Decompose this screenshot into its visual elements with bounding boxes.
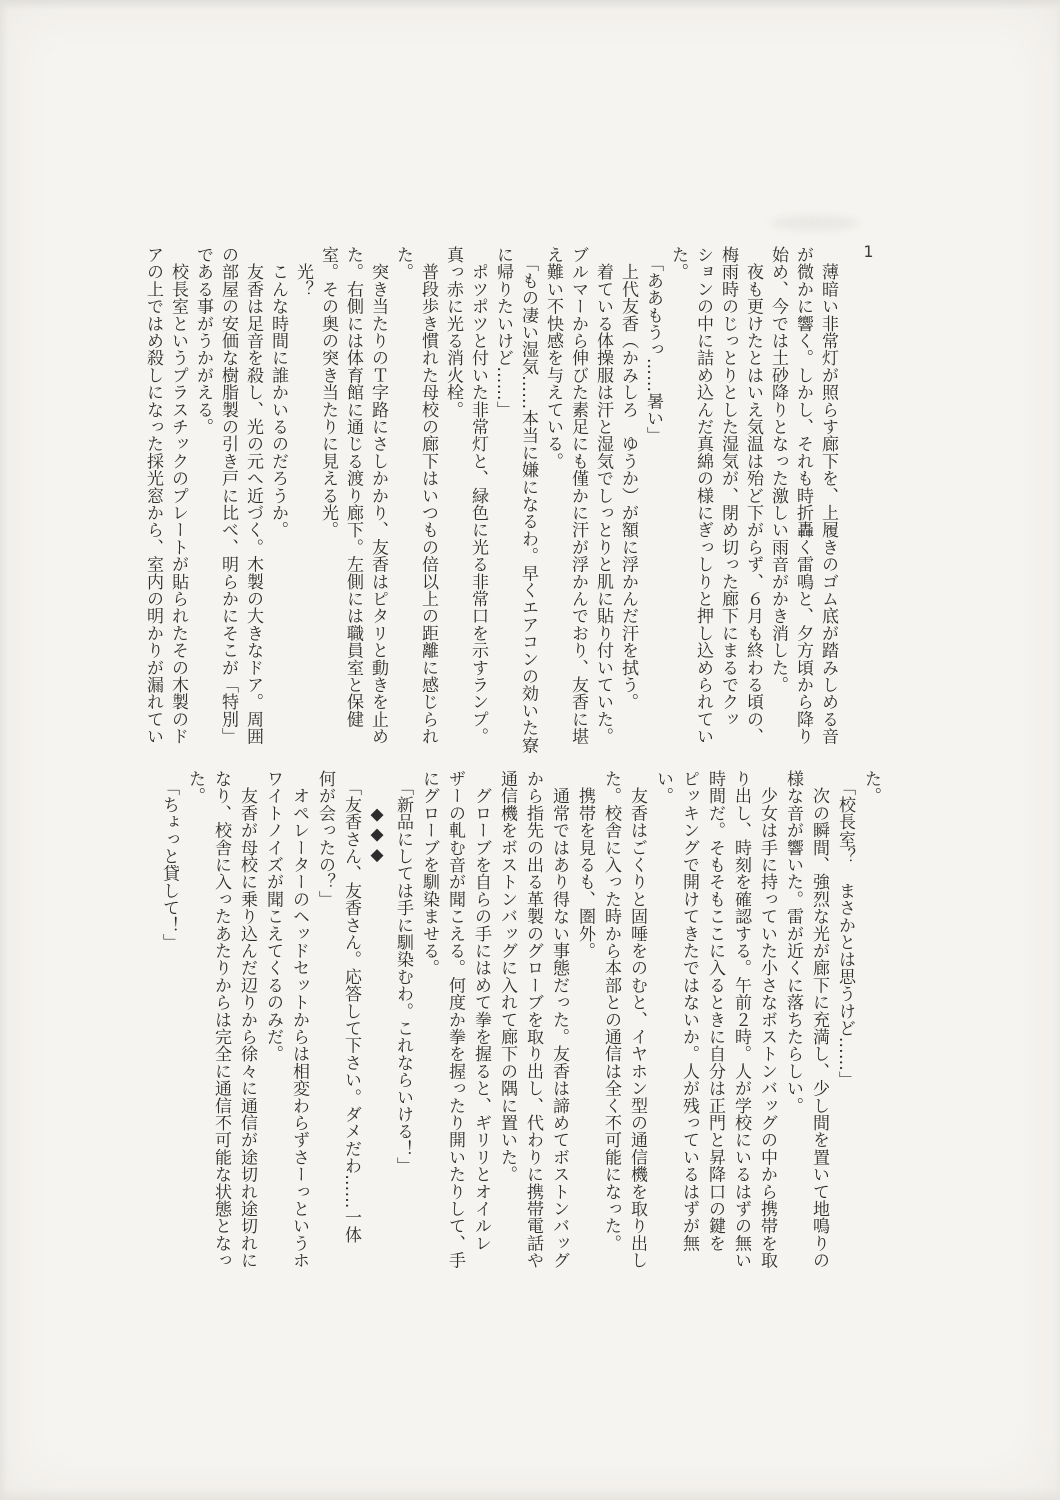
- text-line: オペレーターのヘッドセットからは相変わらずさーっというホ: [286, 770, 312, 1284]
- text-line: 「ちょっと貸して！」: [156, 770, 182, 1284]
- text-line: である事がうかがえる。: [190, 246, 215, 760]
- text-line: た。: [182, 770, 208, 1284]
- text-line: 普段歩き慣れた母校の廊下はいつもの倍以上の距離に感じられ: [415, 246, 440, 760]
- text-band-bottom: た。 「校長室？ まさかとは思うけど……」 次の瞬間、強烈な光が廊下に充満し、少…: [156, 770, 884, 1284]
- text-line: ブルマーから伸びた素足にも僅かに汗が浮かんでおり、友香に堪: [565, 246, 590, 760]
- scan-edge-top: [0, 0, 1060, 10]
- scan-edge-bottom: [0, 1488, 1060, 1500]
- text-line: にグローブを馴染ませる。: [416, 770, 442, 1284]
- text-line: え難い不快感を与えている。: [540, 246, 565, 760]
- text-line: 通常ではあり得ない事態だった。友香は諦めてボストンバッグ: [546, 770, 572, 1284]
- text-line: 時間だ。そもそもここに入るときに自分は正門と昇降口の鍵を: [702, 770, 728, 1284]
- text-line: 少女は手に持っていた小さなボストンバッグの中から携帯を取: [754, 770, 780, 1284]
- text-line: 室。その奥の突き当たりに見える光。: [315, 246, 340, 760]
- text-line: 次の瞬間、強烈な光が廊下に充満し、少し間を置いて地鳴りの: [806, 770, 832, 1284]
- text-line: 光？: [290, 246, 315, 760]
- text-line: 「新品にしては手に馴染むわ。これならいける！」: [390, 770, 416, 1284]
- text-line: が微かに響く。しかし、それも時折轟く雷鳴と、夕方頃から降り: [790, 246, 815, 760]
- scan-edge-left: [0, 0, 8, 1500]
- scan-edge-right: [1054, 0, 1060, 1500]
- text-line: 様な音が響いた。雷が近くに落ちたらしい。: [780, 770, 806, 1284]
- text-line: ワイトノイズが聞こえてくるのみだ。: [260, 770, 286, 1284]
- text-line: 梅雨時のじっとりとした湿気が、閉め切った廊下にまるでクッ: [715, 246, 740, 760]
- text-line: 校長室というプラスチックのプレートが貼られたその木製のド: [165, 246, 190, 760]
- text-line: 「ああもうっ……暑い」: [640, 246, 665, 760]
- text-line: 始め、今では土砂降りとなった激しい雨音がかき消した。: [765, 246, 790, 760]
- text-line: た。: [858, 770, 884, 1284]
- text-line: こんな時間に誰かいるのだろうか。: [265, 246, 290, 760]
- text-line: 薄暗い非常灯が照らす廊下を、上履きのゴム底が踏みしめる音: [815, 246, 840, 760]
- scan-artifact: [770, 215, 860, 231]
- text-line: から指先の出る革製のグローブを取り出し、代わりに携帯電話や: [520, 770, 546, 1284]
- text-line: 友香が母校に乗り込んだ辺りから徐々に通信が途切れ途切れに: [234, 770, 260, 1284]
- text-line: 「もの凄い湿気……本当に嫌になるわ。早くエアコンの効いた寮: [515, 246, 540, 760]
- text-band-top: 薄暗い非常灯が照らす廊下を、上履きのゴム底が踏みしめる音 が微かに響く。しかし、…: [140, 246, 840, 760]
- text-line: 「校長室？ まさかとは思うけど……」: [832, 770, 858, 1284]
- text-line: た。: [665, 246, 690, 760]
- text-line: 「友香さん、友香さん。応答して下さい。ダメだわ……一体: [338, 770, 364, 1284]
- text-line: 携帯を見るも、圏外。: [572, 770, 598, 1284]
- text-line: い。: [650, 770, 676, 1284]
- text-line: 友香は足音を殺し、光の元へ近づく。木製の大きなドア。周囲: [240, 246, 265, 760]
- text-line: た。: [390, 246, 415, 760]
- text-line: 真っ赤に光る消火栓。: [440, 246, 465, 760]
- text-line: の部屋の安価な樹脂製の引き戸に比べ、明らかにそこが「特別」: [215, 246, 240, 760]
- text-line: た。校舎に入った時から本部との通信は全く不可能になった。: [598, 770, 624, 1284]
- text-line: 友香はごくりと固唾をのむと、イヤホン型の通信機を取り出し: [624, 770, 650, 1284]
- text-line: ザーの軋む音が聞こえる。何度か拳を握ったり開いたりして、手: [442, 770, 468, 1284]
- text-line: ポツポツと付いた非常灯と、緑色に光る非常口を示すランプ。: [465, 246, 490, 760]
- text-line: た。右側には体育館に通じる渡り廊下。左側には職員室と保健: [340, 246, 365, 760]
- text-line: 夜も更けたとはいえ気温は殆ど下がらず、６月も終わる頃の、: [740, 246, 765, 760]
- text-line: に帰りたいけど……」: [490, 246, 515, 760]
- text-line: ピッキングで開けてきたではないか。人が残っているはずが無: [676, 770, 702, 1284]
- section-divider-line: ◆◆◆: [364, 770, 390, 1284]
- text-line: 通信機をボストンバッグに入れて廊下の隅に置いた。: [494, 770, 520, 1284]
- text-line: り出し、時刻を確認する。午前２時。人が学校にいるはずの無い: [728, 770, 754, 1284]
- text-line: 突き当たりのＴ字路にさしかかり、友香はピタリと動きを止め: [365, 246, 390, 760]
- text-line: なり、校舎に入ったあたりからは完全に通信不可能な状態となっ: [208, 770, 234, 1284]
- text-line: 着ている体操服は汗と湿気でしっとりと肌に貼り付いていた。: [590, 246, 615, 760]
- text-line: 上代友香（かみしろ ゆうか）が額に浮かんだ汗を拭う。: [615, 246, 640, 760]
- text-line: ションの中に詰め込んだ真綿の様にぎっしりと押し込められてい: [690, 246, 715, 760]
- text-line: 何が会ったの？」: [312, 770, 338, 1284]
- text-line: アの上ではめ殺しになった採光窓から、室内の明かりが漏れてい: [140, 246, 165, 760]
- text-line: グローブを自らの手にはめて拳を握ると、ギリリとオイルレ: [468, 770, 494, 1284]
- page-number: 1: [856, 242, 882, 261]
- scanned-page: 1 薄暗い非常灯が照らす廊下を、上履きのゴム底が踏みしめる音 が微かに響く。しか…: [0, 0, 1060, 1500]
